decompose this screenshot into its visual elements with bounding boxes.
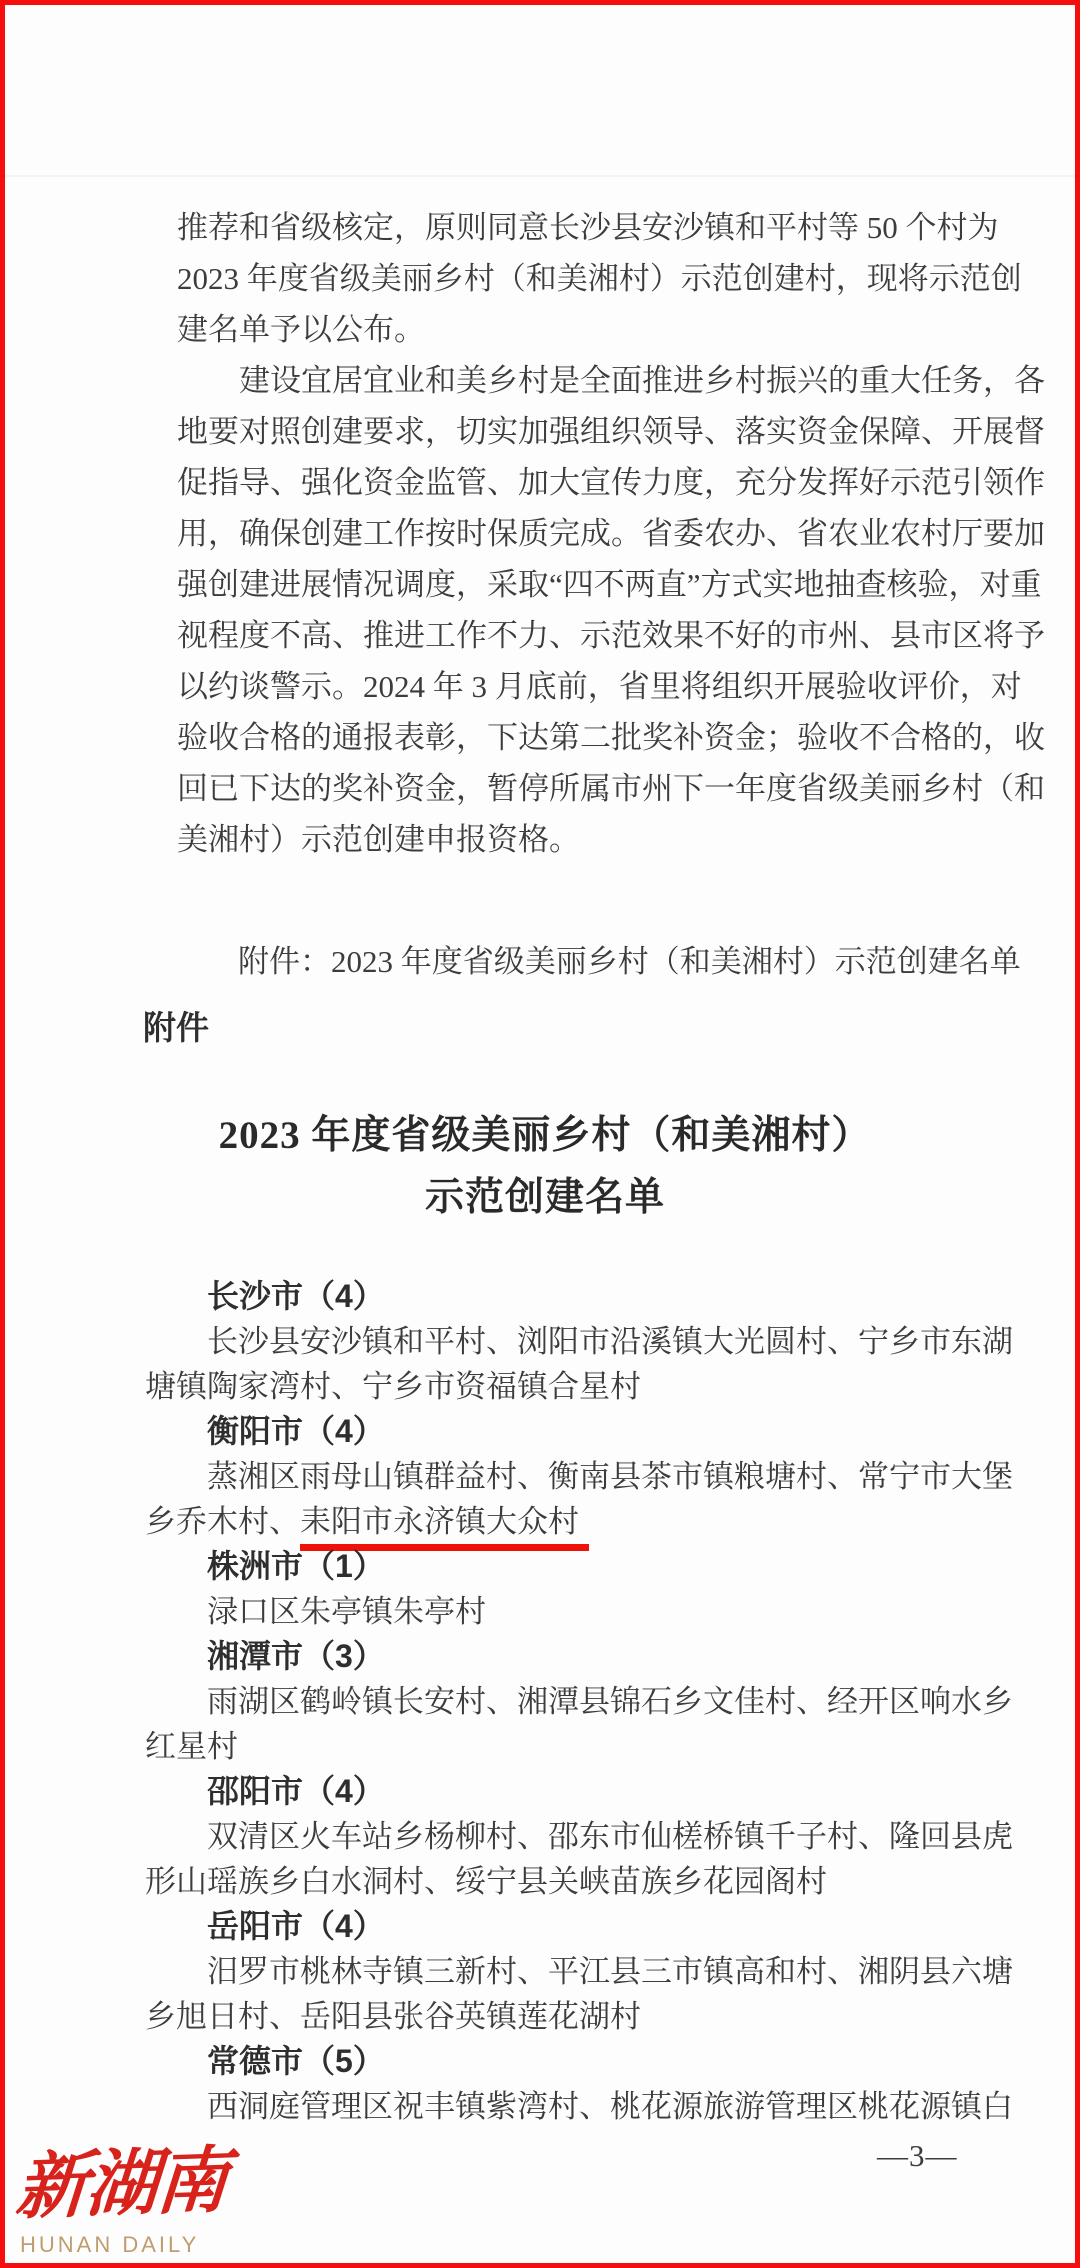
- village-list-line: 雨湖区鹤岭镇长安村、湘潭县锦石乡文佳村、经开区响水乡: [145, 1679, 965, 1724]
- attachment-reference-line: 附件：2023 年度省级美丽乡村（和美湘村）示范创建名单: [238, 936, 1021, 981]
- village-list: 长沙市（4） 长沙县安沙镇和平村、浏阳市沿溪镇大光圆村、宁乡市东湖 塘镇陶家湾村…: [145, 1274, 965, 2129]
- paragraph-line: 促指导、强化资金监管、加大宣传力度，充分发挥好示范引领作: [177, 457, 967, 508]
- hunan-daily-logo: 新湖南 HUNAN DAILY: [16, 2138, 246, 2258]
- village-list-line: 双清区火车站乡杨柳村、邵东市仙槎桥镇千子村、隆回县虎: [145, 1814, 965, 1859]
- village-list-line: 乡旭日村、岳阳县张谷英镇莲花湖村: [145, 1994, 965, 2039]
- hunan-daily-logo-chinese: 新湖南: [13, 2134, 249, 2234]
- paragraph-line: 美湘村）示范创建申报资格。: [177, 814, 967, 865]
- paragraph-line: 视程度不高、推进工作不力、示范效果不好的市州、县市区将予: [177, 610, 967, 661]
- village-list-line: 渌口区朱亭镇朱亭村: [145, 1589, 965, 1634]
- paragraph-line: 建设宜居宜业和美乡村是全面推进乡村振兴的重大任务，各: [177, 355, 967, 406]
- city-section-header: 邵阳市（4）: [145, 1769, 965, 1814]
- scanned-document-page: 推荐和省级核定，原则同意长沙县安沙镇和平村等 50 个村为 2023 年度省级美…: [5, 5, 1075, 2263]
- village-list-line-prefix: 乡乔木村、: [145, 1504, 300, 1539]
- village-list-line: 西洞庭管理区祝丰镇紫湾村、桃花源旅游管理区桃花源镇白: [145, 2084, 965, 2129]
- paragraph-line: 以约谈警示。2024 年 3 月底前，省里将组织开展验收评价，对: [177, 661, 967, 712]
- attachment-title-line1: 2023 年度省级美丽乡村（和美湘村）: [5, 1105, 1080, 1167]
- paragraph-line: 用，确保创建工作按时保质完成。省委农办、省农业农村厅要加: [177, 508, 967, 559]
- village-list-line: 长沙县安沙镇和平村、浏阳市沿溪镇大光圆村、宁乡市东湖: [145, 1319, 965, 1364]
- village-list-line: 形山瑶族乡白水洞村、绥宁县关峡苗族乡花园阁村: [145, 1859, 965, 1904]
- city-section-header: 岳阳市（4）: [145, 1904, 965, 1949]
- paragraph-line: 回已下达的奖补资金，暂停所属市州下一年度省级美丽乡村（和: [177, 763, 967, 814]
- city-section-header: 长沙市（4）: [145, 1274, 965, 1319]
- scan-artifact-line: [5, 175, 1075, 177]
- hunan-daily-logo-english: HUNAN DAILY: [20, 2232, 246, 2258]
- paragraph-line: 地要对照创建要求，切实加强组织领导、落实资金保障、开展督: [177, 406, 967, 457]
- page-number: —3—: [877, 2138, 958, 2174]
- city-section-header: 常德市（5）: [145, 2039, 965, 2084]
- document-body-paragraphs: 推荐和省级核定，原则同意长沙县安沙镇和平村等 50 个村为 2023 年度省级美…: [177, 202, 967, 865]
- city-section-header: 湘潭市（3）: [145, 1634, 965, 1679]
- paragraph-line: 2023 年度省级美丽乡村（和美湘村）示范创建村，现将示范创: [177, 253, 967, 304]
- paragraph-line: 验收合格的通报表彰，下达第二批奖补资金；验收不合格的，收: [177, 712, 967, 763]
- village-list-line: 汨罗市桃林寺镇三新村、平江县三市镇高和村、湘阴县六塘: [145, 1949, 965, 1994]
- paragraph-line: 强创建进展情况调度，采取“四不两直”方式实地抽查核验，对重: [177, 559, 967, 610]
- paragraph-line: 建名单予以公布。: [177, 304, 967, 355]
- city-section-header: 衡阳市（4）: [145, 1409, 965, 1454]
- attachment-label: 附件: [143, 1002, 209, 1049]
- village-list-line: 蒸湘区雨母山镇群益村、衡南县茶市镇粮塘村、常宁市大堡: [145, 1454, 965, 1499]
- village-list-line-highlighted: 乡乔木村、耒阳市永济镇大众村: [145, 1499, 965, 1544]
- attachment-title-line2: 示范创建名单: [5, 1167, 1080, 1229]
- paragraph-line: 推荐和省级核定，原则同意长沙县安沙镇和平村等 50 个村为: [177, 202, 967, 253]
- village-list-line: 红星村: [145, 1724, 965, 1769]
- village-list-line: 塘镇陶家湾村、宁乡市资福镇合星村: [145, 1364, 965, 1409]
- news-app-screenshot: { "page": { "number": "—3—", "frame_colo…: [0, 0, 1080, 2268]
- attachment-title: 2023 年度省级美丽乡村（和美湘村） 示范创建名单: [5, 1105, 1080, 1229]
